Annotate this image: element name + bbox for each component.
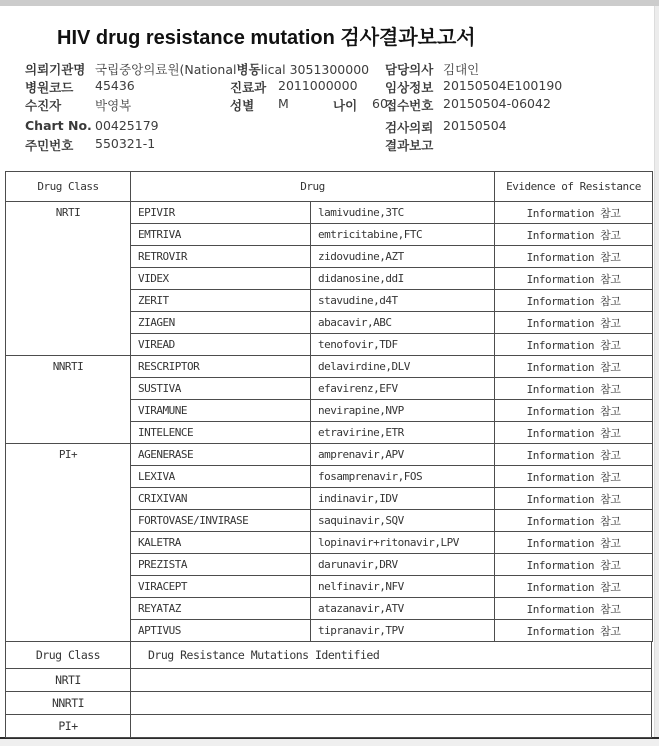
drug-class-cell: NRTI [6, 202, 131, 356]
drug-table-header-row: Drug Class Drug Evidence of Resistance [6, 172, 653, 202]
drug-brand-cell: SUSTIVA [131, 378, 311, 400]
drug-evidence-cell: Information 참고 [495, 620, 653, 642]
org-value-post: lical 3051300000 [261, 62, 369, 77]
drug-brand-cell: ZIAGEN [131, 312, 311, 334]
drug-evidence-cell: Information 참고 [495, 576, 653, 598]
drug-generic-cell: efavirenz,EFV [311, 378, 495, 400]
mutation-value-cell [131, 692, 652, 715]
org-value-pre: 국립중앙의료원(National [95, 62, 237, 77]
drug-generic-cell: nelfinavir,NFV [311, 576, 495, 598]
drug-brand-cell: EMTRIVA [131, 224, 311, 246]
drug-class-cell: NNRTI [6, 356, 131, 444]
drug-generic-cell: amprenavir,APV [311, 444, 495, 466]
drug-table-body: NRTIEPIVIRlamivudine,3TCInformation 참고EM… [6, 202, 653, 642]
receipt-no-label: 접수번호 [385, 96, 433, 114]
chart-no-value: 00425179 [95, 118, 159, 133]
info-row-3: 수진자 박영복 성별 M 나이 60 접수번호 20150504-06042 [0, 96, 659, 112]
drug-brand-cell: KALETRA [131, 532, 311, 554]
drug-generic-cell: fosamprenavir,FOS [311, 466, 495, 488]
drug-generic-cell: nevirapine,NVP [311, 400, 495, 422]
drug-generic-cell: stavudine,d4T [311, 290, 495, 312]
drug-brand-cell: RETROVIR [131, 246, 311, 268]
mutation-value-cell [131, 715, 652, 738]
drug-brand-cell: VIRAMUNE [131, 400, 311, 422]
drug-resistance-table: Drug Class Drug Evidence of Resistance N… [5, 171, 653, 642]
drug-brand-cell: CRIXIVAN [131, 488, 311, 510]
org-value-ward: 병동 [237, 62, 261, 77]
mutation-row: NNRTI [6, 692, 652, 715]
receipt-no-value: 20150504-06042 [443, 96, 551, 111]
drug-evidence-cell: Information 참고 [495, 268, 653, 290]
drug-brand-cell: ZERIT [131, 290, 311, 312]
sex-label: 성별 [230, 96, 254, 114]
test-request-label: 검사의뢰 [385, 118, 433, 136]
drug-row: NRTIEPIVIRlamivudine,3TCInformation 참고 [6, 202, 653, 224]
drug-brand-cell: LEXIVA [131, 466, 311, 488]
info-row-5: 주민번호 550321-1 결과보고 [0, 136, 659, 152]
drug-evidence-cell: Information 참고 [495, 246, 653, 268]
sex-value: M [278, 96, 289, 111]
drug-evidence-cell: Information 참고 [495, 532, 653, 554]
drug-generic-cell: etravirine,ETR [311, 422, 495, 444]
drug-generic-cell: saquinavir,SQV [311, 510, 495, 532]
page-footer-strip [0, 737, 659, 746]
drug-evidence-cell: Information 참고 [495, 466, 653, 488]
drug-evidence-cell: Information 참고 [495, 356, 653, 378]
result-report-label: 결과보고 [385, 136, 433, 154]
drug-generic-cell: atazanavir,ATV [311, 598, 495, 620]
drug-generic-cell: darunavir,DRV [311, 554, 495, 576]
drug-generic-cell: lopinavir+ritonavir,LPV [311, 532, 495, 554]
header-mutations: Drug Resistance Mutations Identified [131, 642, 652, 669]
department-label: 진료과 [230, 78, 266, 96]
clinical-info-value: 20150504E100190 [443, 78, 562, 93]
resident-no-value: 550321-1 [95, 136, 155, 151]
drug-brand-cell: PREZISTA [131, 554, 311, 576]
mutation-table-body: NRTINNRTIPI+ [6, 669, 652, 738]
drug-row: PI+AGENERASEamprenavir,APVInformation 참고 [6, 444, 653, 466]
drug-generic-cell: emtricitabine,FTC [311, 224, 495, 246]
mutation-drug-class-cell: NNRTI [6, 692, 131, 715]
drug-brand-cell: RESCRIPTOR [131, 356, 311, 378]
drug-generic-cell: indinavir,IDV [311, 488, 495, 510]
drug-row: NNRTIRESCRIPTORdelavirdine,DLVInformatio… [6, 356, 653, 378]
patient-value: 박영복 [95, 96, 131, 114]
drug-evidence-cell: Information 참고 [495, 444, 653, 466]
drug-class-cell: PI+ [6, 444, 131, 642]
mutation-row: PI+ [6, 715, 652, 738]
doctor-label: 담당의사 [385, 60, 433, 78]
drug-brand-cell: AGENERASE [131, 444, 311, 466]
header-drug-class: Drug Class [6, 172, 131, 202]
drug-evidence-cell: Information 참고 [495, 378, 653, 400]
chart-no-label: Chart No. [25, 118, 92, 133]
mutation-drug-class-cell: PI+ [6, 715, 131, 738]
hospital-code-value: 45436 [95, 78, 135, 93]
drug-evidence-cell: Information 참고 [495, 598, 653, 620]
drug-brand-cell: INTELENCE [131, 422, 311, 444]
mutation-table: Drug Class Drug Resistance Mutations Ide… [5, 641, 652, 738]
drug-evidence-cell: Information 참고 [495, 224, 653, 246]
drug-generic-cell: delavirdine,DLV [311, 356, 495, 378]
drug-generic-cell: abacavir,ABC [311, 312, 495, 334]
drug-evidence-cell: Information 참고 [495, 510, 653, 532]
mutation-value-cell [131, 669, 652, 692]
age-label: 나이 [333, 96, 357, 114]
drug-generic-cell: tenofovir,TDF [311, 334, 495, 356]
drug-brand-cell: REYATAZ [131, 598, 311, 620]
patient-info-block: 의뢰기관명 국립중앙의료원(National병동lical 3051300000… [0, 0, 659, 160]
header-drug: Drug [131, 172, 495, 202]
clinical-info-label: 임상정보 [385, 78, 433, 96]
drug-evidence-cell: Information 참고 [495, 400, 653, 422]
info-row-1: 의뢰기관명 국립중앙의료원(National병동lical 3051300000… [0, 60, 659, 76]
drug-generic-cell: lamivudine,3TC [311, 202, 495, 224]
resident-no-label: 주민번호 [25, 136, 73, 154]
org-label: 의뢰기관명 [25, 60, 85, 78]
header-evidence: Evidence of Resistance [495, 172, 653, 202]
drug-generic-cell: didanosine,ddI [311, 268, 495, 290]
info-row-4: Chart No. 00425179 검사의뢰 20150504 [0, 118, 659, 134]
drug-evidence-cell: Information 참고 [495, 422, 653, 444]
mutation-row: NRTI [6, 669, 652, 692]
drug-brand-cell: APTIVUS [131, 620, 311, 642]
hospital-code-label: 병원코드 [25, 78, 73, 96]
drug-brand-cell: EPIVIR [131, 202, 311, 224]
drug-evidence-cell: Information 참고 [495, 290, 653, 312]
info-row-2: 병원코드 45436 진료과 2011000000 임상정보 20150504E… [0, 78, 659, 94]
mutation-table-header-row: Drug Class Drug Resistance Mutations Ide… [6, 642, 652, 669]
drug-evidence-cell: Information 참고 [495, 488, 653, 510]
patient-label: 수진자 [25, 96, 61, 114]
drug-evidence-cell: Information 참고 [495, 554, 653, 576]
org-value: 국립중앙의료원(National병동lical 3051300000 [95, 60, 369, 78]
drug-brand-cell: VIDEX [131, 268, 311, 290]
department-value: 2011000000 [278, 78, 358, 93]
drug-generic-cell: tipranavir,TPV [311, 620, 495, 642]
drug-evidence-cell: Information 참고 [495, 334, 653, 356]
drug-generic-cell: zidovudine,AZT [311, 246, 495, 268]
drug-brand-cell: VIRACEPT [131, 576, 311, 598]
drug-evidence-cell: Information 참고 [495, 202, 653, 224]
mutation-drug-class-cell: NRTI [6, 669, 131, 692]
drug-brand-cell: FORTOVASE/INVIRASE [131, 510, 311, 532]
test-request-value: 20150504 [443, 118, 507, 133]
drug-brand-cell: VIREAD [131, 334, 311, 356]
drug-evidence-cell: Information 참고 [495, 312, 653, 334]
doctor-value: 김대인 [443, 60, 479, 78]
header-mut-drug-class: Drug Class [6, 642, 131, 669]
